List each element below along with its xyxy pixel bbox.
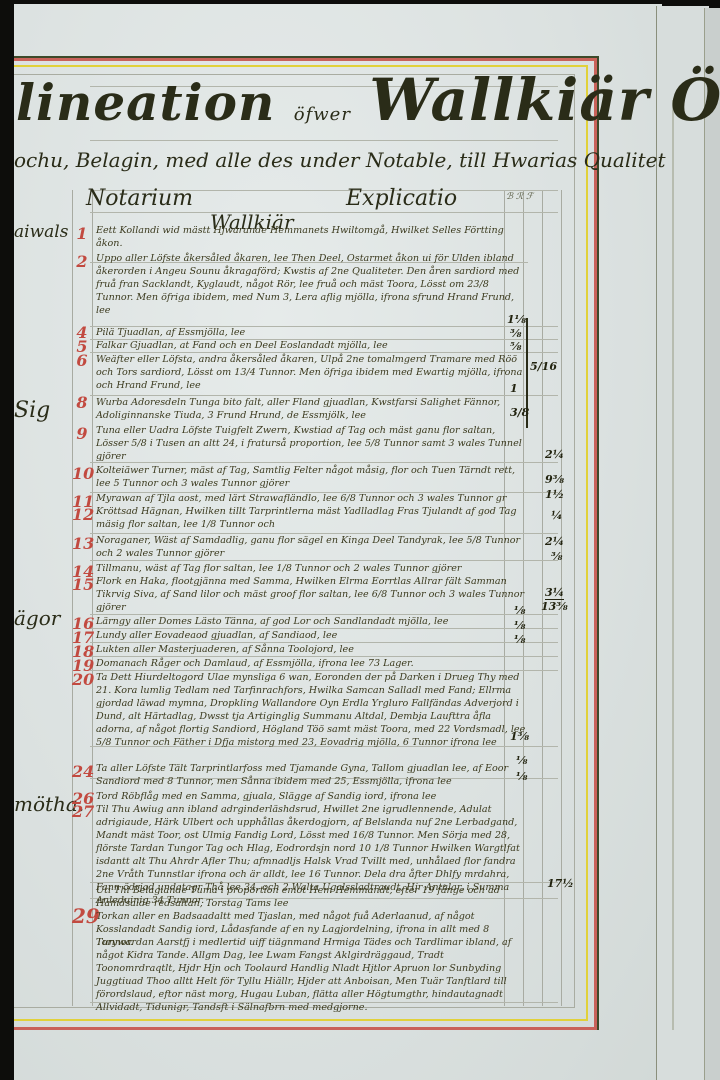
entry-number: 27	[72, 802, 92, 821]
value: 9⅜	[545, 473, 564, 486]
entry-text: Lärngy aller Domes Lästo Tänna, af god L…	[96, 615, 526, 628]
entry-number: 15	[72, 575, 92, 594]
value: ⅜	[510, 327, 521, 340]
value-column-rule-3	[542, 190, 543, 1006]
entry-rule	[90, 560, 558, 561]
value: 1⅜	[510, 730, 529, 743]
signature-mark: ℬ ℛ ℱ	[506, 192, 533, 202]
title-part-2: Wallkiär Ög	[369, 66, 720, 134]
entry-text: Ta aller Löfste Tält Tarprintlarfoss med…	[96, 762, 526, 788]
entry-text: Lukten aller Masterjuaderen, af Sånna To…	[96, 643, 526, 656]
value: ⅝	[510, 340, 521, 353]
entry-text: Eett Kollandi wid mästt Hjwarande Hemman…	[96, 224, 526, 250]
value: ¼	[551, 509, 562, 522]
entry-number: 10	[72, 464, 92, 483]
value: 1	[510, 382, 518, 395]
entry-text: Noraganer, Wäst af Samdadlig, ganu flor …	[96, 534, 526, 560]
entry-text: Kröttsad Hägnan, Hwilken tillt Tarprintl…	[96, 505, 526, 531]
entry-number: 1	[72, 224, 92, 243]
value: 1⅛	[507, 313, 526, 326]
value: 13⅜	[541, 600, 568, 613]
column-header-notarium: Notarium	[86, 186, 193, 211]
entry-text: Domanach Råger och Damlaud, af Essmjölla…	[96, 657, 526, 670]
entry-text: Torywardan Aarstfj i medlertid uiff tiäg…	[96, 936, 526, 1014]
entry-text: Pilä Tjuadlan, af Essmjölla, lee	[96, 326, 526, 339]
value: 5/16	[530, 360, 557, 373]
margin-label: ägor	[14, 606, 60, 630]
entry-number: 6	[72, 351, 92, 370]
entry-text: Tord Röbflåg med en Samma, gjuala, Slägg…	[96, 790, 526, 803]
back-leaf-edge	[704, 8, 720, 1080]
entry-number: 2	[72, 252, 92, 271]
entry-text: Ta Dett Hiurdeltogord Ulae mynsliga 6 wa…	[96, 671, 526, 749]
value: ⅜	[551, 550, 562, 563]
entry-text: Myrawan af Tjla aost, med lärt Strawaflä…	[96, 492, 526, 505]
value: 2¼	[545, 448, 564, 461]
value: 1½	[545, 488, 564, 501]
entry-number: 24	[72, 762, 92, 781]
value: ⅛	[514, 633, 525, 646]
value: ⅛	[514, 604, 525, 617]
column-header-explicatio: Explicatio	[346, 186, 457, 211]
value: ⅛	[516, 770, 527, 783]
margin-label: Sig	[14, 398, 50, 423]
page-fold	[672, 100, 674, 1030]
entry-text: Kolteiäwer Turner, mäst af Tag, Samtlig …	[96, 464, 526, 490]
entry-number: 13	[72, 534, 92, 553]
entry-number: 29	[72, 904, 92, 928]
entry-text: Tuna eller Uadra Löfste Tuigfelt Zwern, …	[96, 424, 526, 463]
value: 3/8	[510, 406, 529, 419]
value: 3¼	[545, 586, 564, 600]
value: ⅛	[514, 619, 525, 632]
entry-text: Weäfter eller Löfsta, andra åkersåled åk…	[96, 353, 526, 392]
title-rule	[90, 140, 558, 141]
title-part-1: lineation	[16, 73, 275, 132]
entry-text: Uppo aller Löfste åkersåled åkaren, lee …	[96, 252, 526, 317]
page-subtitle: ochu, Belagin, med alle des under Notabl…	[14, 148, 666, 172]
entry-text: Tillmanu, wäst af Tag flor saltan, lee 1…	[96, 562, 526, 575]
entry-text: Lundy aller Eovadeaod gjuadlan, af Sandi…	[96, 629, 526, 642]
entry-number: 12	[72, 505, 92, 524]
entry-number: 20	[72, 670, 92, 689]
entry-text: Uti Thi Belagiande Tuma i proportion emo…	[96, 884, 526, 910]
entry-number: 8	[72, 393, 92, 412]
number-column-rule	[92, 190, 93, 1006]
margin-rule	[72, 190, 73, 1006]
value: ⅛	[516, 754, 527, 767]
title-connector: öfwer	[294, 104, 351, 125]
entry-text: Wurba Adoresdeln Tunga bito falt, aller …	[96, 396, 526, 422]
entry-number: 9	[72, 424, 92, 443]
margin-label: aiwals	[14, 222, 68, 242]
header-rule	[90, 212, 558, 213]
value: 2¼	[545, 535, 564, 548]
page-title: lineation öfwer Wallkiär Ög	[16, 66, 720, 134]
entry-text: Falkar Gjuadlan, at Fand och en Deel Eos…	[96, 339, 526, 352]
entry-text: Flork en Haka, flootgjänna med Samma, Hw…	[96, 575, 526, 614]
value: 17½	[547, 877, 574, 890]
